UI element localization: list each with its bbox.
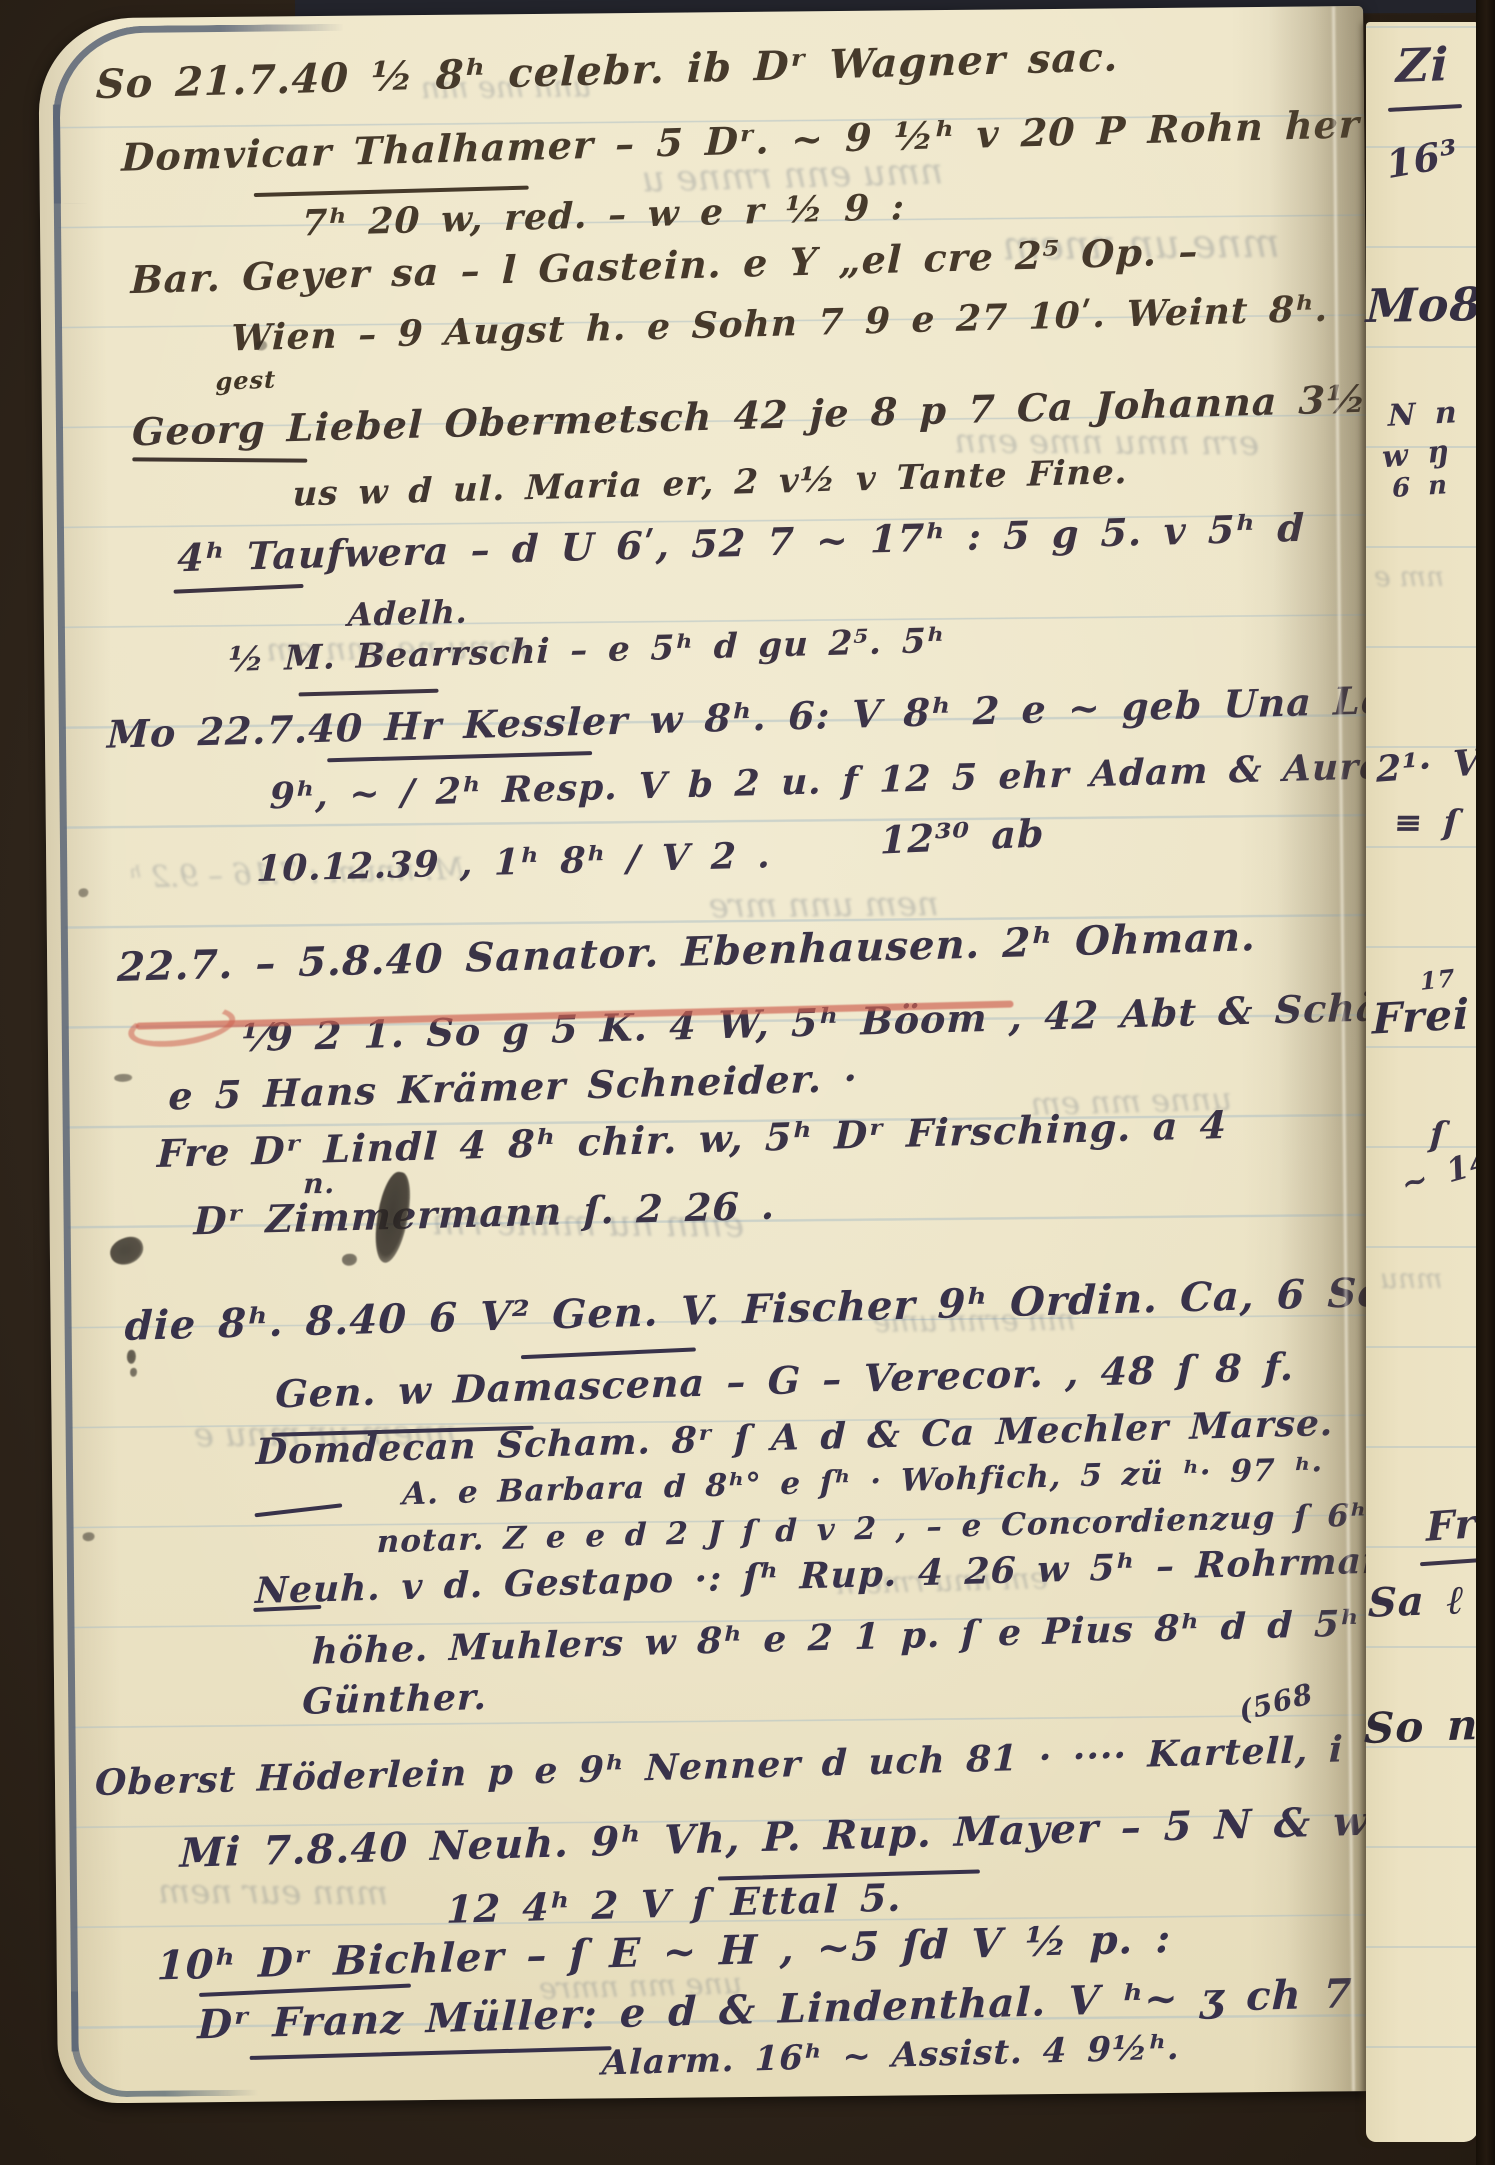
handwriting-fragment: w ŋ (1381, 436, 1450, 473)
ink-smudge (342, 1254, 357, 1266)
handwriting-line: Georg Liebel Obermetsch 42 je 8 p 7 Ca J… (132, 378, 1383, 452)
handwriting-line: Adelh. (347, 596, 468, 631)
ink-underline (327, 751, 592, 762)
ink-smudge (114, 1074, 132, 1082)
handwriting-line: 10.12.39 , 1ʰ 8ʰ / V 2 . (256, 837, 772, 887)
handwriting-fragment: 6 n (1392, 472, 1448, 502)
page-edge-line (53, 105, 79, 2052)
handwriting-line: die 8ʰ. 8.40 6 V² Gen. V. Fischer 9ʰ Ord… (124, 1267, 1383, 1347)
ink-smudge (130, 1368, 137, 1377)
handwriting-line: Mi 7.8.40 Neuh. 9ʰ Vh, P. Rup. Mayer – 5… (179, 1802, 1369, 1874)
handwriting-line: Fre Dʳ Lindl 4 8ʰ chir. w, 5ʰ Dʳ Firschi… (157, 1106, 1228, 1173)
handwriting-fragment: 16³ (1384, 134, 1460, 184)
ink-underline (174, 584, 304, 594)
handwriting-line: 12 4ʰ 2 V ſ Ettal 5. (446, 1879, 902, 1929)
ink-smudge (106, 1233, 147, 1269)
handwriting-line: 10ʰ Dʳ Bichler – ſ E ~ H , ~5 ſd V ½ p. … (156, 1919, 1171, 1986)
page-crease-highlight (1332, 6, 1355, 2091)
handwriting-line: Alarm. 16ʰ ~ Assist. 4 9½ʰ. (601, 2031, 1180, 2081)
handwriting-fragment: ſ (1429, 1118, 1446, 1152)
ink-smudge (127, 1350, 136, 1364)
handwriting-line: Bar. Geyer sa – l Gastein. e Y „el cre 2… (130, 232, 1199, 299)
diary-left-page: nmu enn rmne umne un nnemunn me mnern nm… (38, 6, 1383, 2104)
handwriting-line: Günther. (302, 1679, 488, 1720)
handwriting-fragment: Zi (1396, 41, 1450, 89)
handwriting-fragment: N n (1388, 398, 1458, 432)
handwriting-line: ½ M. Bearrschi – e 5ʰ d gu 2⁵. 5ʰ (228, 624, 946, 677)
handwriting-line: Wien – 9 Augst h. e Sohn 7 9 e 27 10ʹ. W… (231, 291, 1329, 357)
handwriting-line: e 5 Hans Krämer Schneider. · (168, 1059, 858, 1116)
handwriting-fragment: 2¹· V (1376, 744, 1482, 787)
notebook-scan: nmu enn rmne umne un nnemunn me mnern nm… (0, 0, 1495, 2165)
ink-underline (254, 1503, 342, 1517)
handwriting-line: gest (215, 367, 276, 394)
handwriting-fragment: Sa ℓ (1368, 1580, 1465, 1623)
ink-smudge (78, 888, 88, 897)
handwriting-line: Dʳ Zimmermann ſ. 2 26 . (193, 1187, 776, 1241)
ink-smudge (83, 1532, 95, 1541)
handwriting-line: Mo 22.7.40 Hr Kessler w 8ʰ. 6: V 8ʰ 2 e … (107, 680, 1383, 754)
handwriting-fragment: ≡ ſ (1393, 806, 1460, 840)
ink-underline (299, 689, 439, 697)
handwriting-line: us w d ul. Maria er, 2 v½ v Tante Fine. (292, 455, 1128, 512)
page-block-shadow-right (1476, 0, 1495, 2165)
ink-underline (250, 2046, 612, 2060)
handwriting-fragment: Fr (1426, 1504, 1477, 1548)
handwriting-fragment: Frei (1372, 993, 1470, 1040)
ink-underline (521, 1347, 696, 1359)
bleedthrough-text: nem unn mre (708, 884, 939, 926)
handwriting-line: höhe. Muhlers w 8ʰ e 2 1 p. ſ e Pius 8ʰ … (311, 1604, 1383, 1670)
bleedthrough-text: mnn eur nem (158, 1872, 388, 1914)
handwriting-line: 7ʰ 20 w, red. – w e r ½ 9 : (302, 189, 906, 241)
handwriting-line: 22.7. – 5.8.40 Sanator. Ebenhausen. 2ʰ O… (117, 917, 1257, 988)
handwriting-fragment: Mo8 (1365, 281, 1483, 329)
ruled-lines-right (1366, 22, 1478, 2142)
handwriting-line: Gen. w Damascena – G – Verecor. , 48 ſ 8… (275, 1348, 1295, 1414)
ink-underline (132, 457, 307, 462)
handwriting-fragment: So n (1364, 1704, 1479, 1750)
diary-right-page-edge (1366, 22, 1478, 2142)
handwriting-line: (568 (1237, 1680, 1316, 1726)
handwriting-line: 4ʰ Taufwera – d U 6ʹ, 52 7 ~ 17ʰ : 5 g 5… (177, 509, 1306, 578)
red-pencil-loop (126, 1000, 238, 1054)
handwriting-line: Oberst Höderlein p e 9ʰ Nenner d uch 81 … (95, 1731, 1344, 1801)
handwriting-line: 12³⁰ ab (880, 814, 1045, 859)
